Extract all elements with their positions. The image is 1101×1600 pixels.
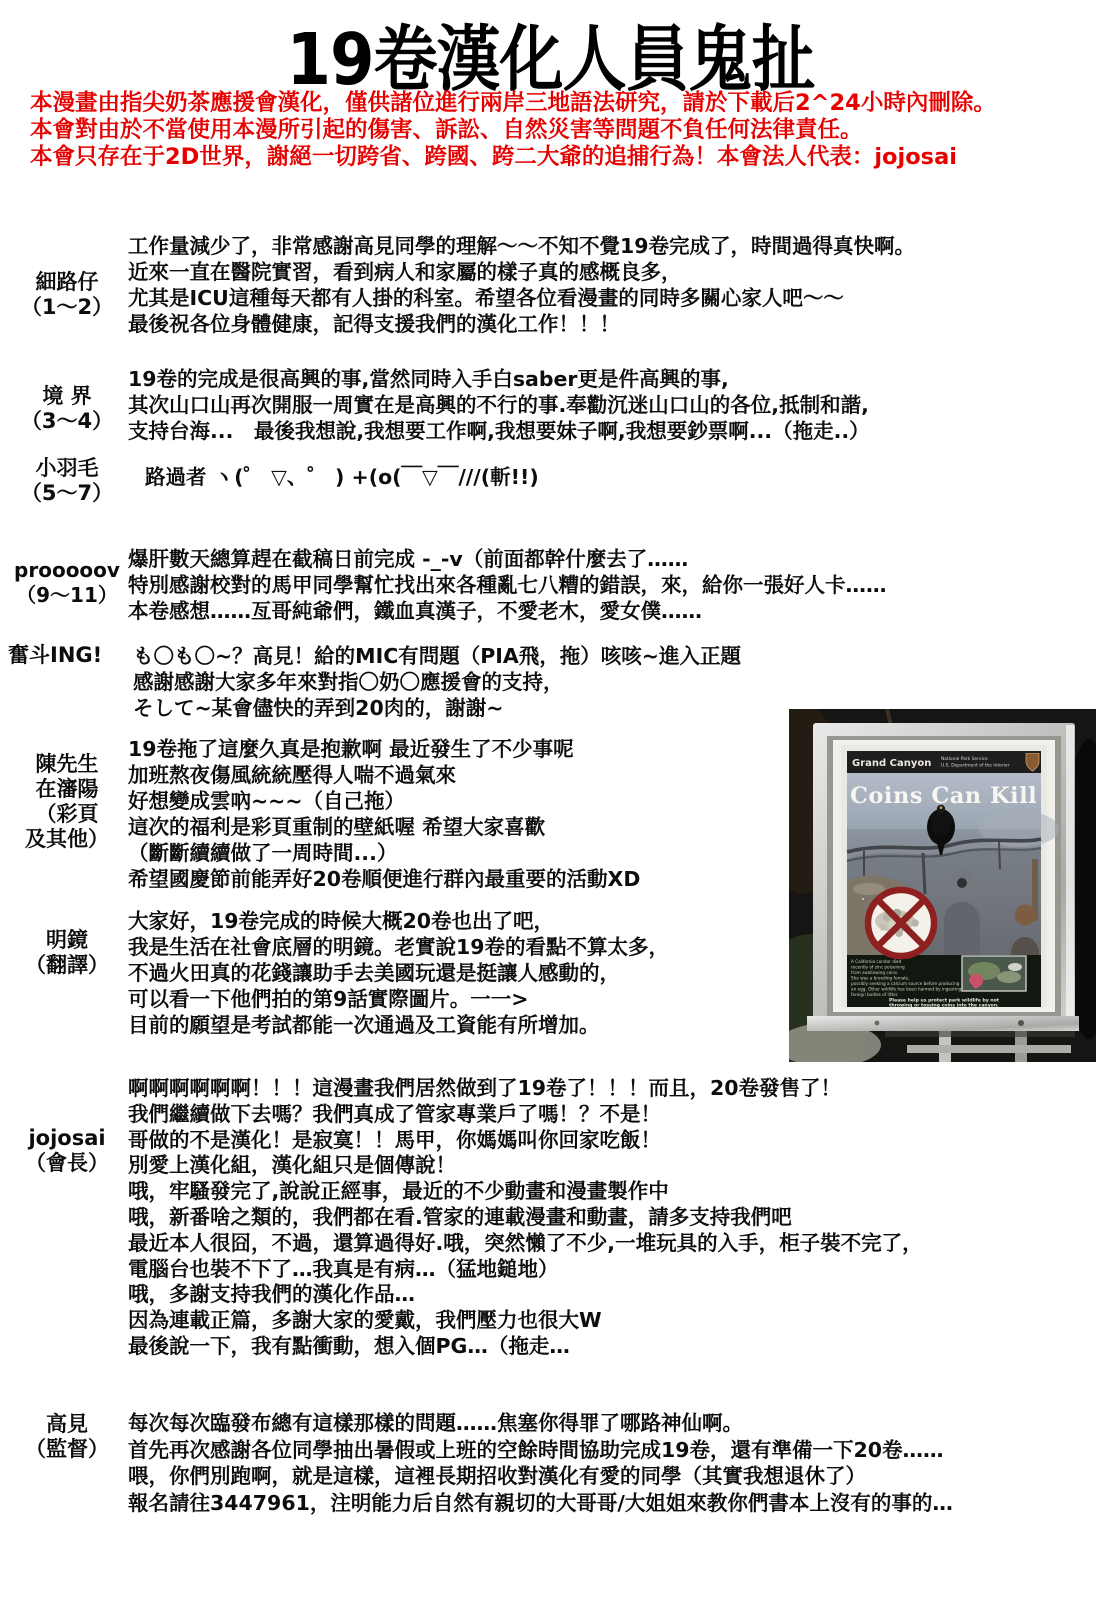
poster-park-name: Grand Canyon (852, 758, 931, 769)
staff-label-prooooov: prooooov （9～11） (10, 558, 124, 608)
manga-credits-page: 19卷漢化人員鬼扯 本漫畫由指尖奶茶應援會漢化，僅供諸位進行兩岸三地語法研究，請… (0, 0, 1101, 1600)
staff-label-xiluzai: 細路仔 （1～2） (10, 270, 124, 320)
coins-can-kill-photo: Grand Canyon National Park Service U.S. … (789, 709, 1096, 1062)
staff-comment-jojosai: 啊啊啊啊啊啊！！！這漫畫我們居然做到了19卷了！！！而且，20卷發售了！ 我們繼… (128, 1076, 923, 1360)
coins-can-kill-photo-svg: Grand Canyon National Park Service U.S. … (789, 709, 1096, 1062)
staff-label-jingjie: 境 界 （3～4） (10, 384, 124, 434)
disclaimer: 本漫畫由指尖奶茶應援會漢化，僅供諸位進行兩岸三地語法研究，請於下載后2^24小時… (30, 90, 996, 171)
poster-title: Coins Can Kill (850, 783, 1037, 809)
staff-label-xiaoyumao: 小羽毛 （5～7） (10, 456, 124, 506)
staff-comment-takami: 每次每次臨發布總有這樣那樣的問題……焦塞你得罪了哪路神仙啊。 首先再次感謝各位同… (128, 1410, 953, 1516)
staff-comment-xiaoyumao: 路過者 ヽ(゜ ▽、゜ ) +(o(￣▽￣///(斬!!) (145, 464, 539, 490)
disclaimer-line: 本漫畫由指尖奶茶應援會漢化，僅供諸位進行兩岸三地語法研究，請於下載后2^24小時… (30, 90, 996, 117)
svg-text:recently of zinc poisoning: recently of zinc poisoning (851, 965, 905, 970)
staff-comment-jingjie: 19卷的完成是很高興的事,當然同時入手白saber更是件高興的事, 其次山口山再… (128, 366, 870, 444)
coins-can-kill-poster: Grand Canyon National Park Service U.S. … (841, 745, 1059, 1009)
poster-footer-text: Please help us protect park wildlife by … (889, 998, 1000, 1009)
no-coins-sign (868, 890, 934, 956)
svg-text:an egg. Other wildlife has bee: an egg. Other wildlife has been harmed b… (851, 987, 962, 992)
svg-text:from swallowing coins.: from swallowing coins. (851, 970, 899, 975)
staff-comment-mingjing: 大家好，19卷完成的時候大概20卷也出了吧， 我是生活在社會底層的明鏡。老實說1… (128, 908, 669, 1038)
staff-label-mingjing: 明鏡 （翻譯） (10, 928, 124, 978)
staff-comment-chenxiansheng: 19卷拖了這麼久真是抱歉啊 最近發生了不少事呢 加班熬夜傷風統統壓得人喘不過氣來… (128, 736, 640, 892)
svg-text:She was a breeding female,: She was a breeding female, (851, 976, 909, 981)
poster-agency-line1: National Park Service (941, 756, 988, 762)
staff-comment-fendou-ing: も〇も〇~？高見！給的MIC有問題（PIA飛，拖）咳咳~進入正題 感謝感謝大家多… (133, 643, 741, 721)
staff-label-jojosai: jojosai （會長） (10, 1126, 124, 1176)
staff-comment-xiluzai: 工作量減少了，非常感謝高見同學的理解～～不知不覺19卷完成了，時間過得真快啊。 … (128, 233, 915, 337)
svg-text:foreign bodies of litter.: foreign bodies of litter. (851, 992, 898, 997)
inset-photo (962, 956, 1026, 991)
disclaimer-line: 本會對由於不當使用本漫所引起的傷害、訴訟、自然災害等問題不負任何法律責任。 (30, 117, 996, 144)
disclaimer-line: 本會只存在于2D世界，謝絕一切跨省、跨國、跨二大爺的追捕行為！本會法人代表：jo… (30, 144, 996, 171)
svg-text:A California condor died: A California condor died (851, 959, 902, 964)
svg-text:possibly seeking a calcium sou: possibly seeking a calcium source before… (851, 981, 960, 986)
poster-agency-line2: U.S. Department of the Interior (941, 763, 1010, 769)
staff-label-fendou-ing: 奮斗ING! (8, 643, 128, 668)
staff-comment-prooooov: 爆肝數天總算趕在截稿日前完成 -_-v（前面都幹什麼去了…… 特別感謝校對的馬甲… (128, 546, 887, 624)
svg-text:throwing or tossing coins into: throwing or tossing coins into the canyo… (889, 1003, 999, 1009)
staff-label-takami: 高見 （監督） (10, 1412, 124, 1462)
staff-label-chenxiansheng: 陳先生 在瀋陽 （彩頁 及其他） (10, 752, 124, 852)
